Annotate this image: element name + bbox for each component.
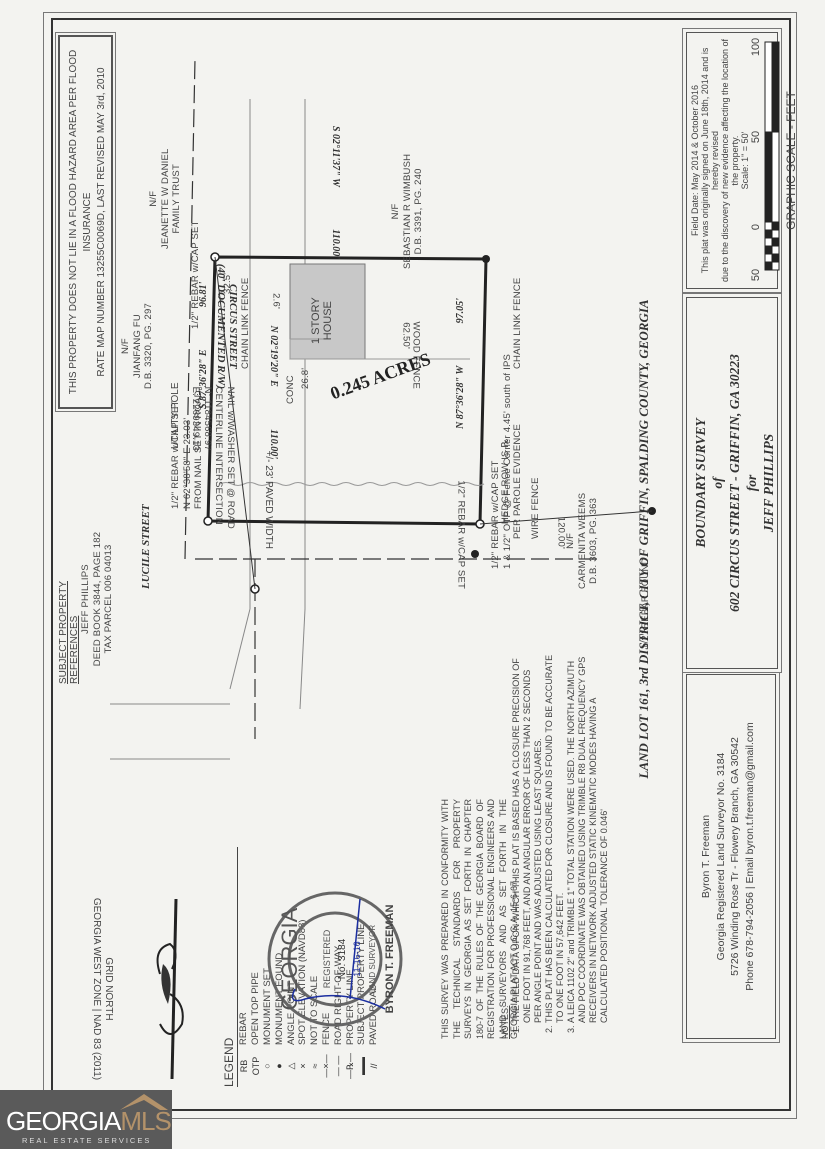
seal-name: BYRON T. FREEMAN <box>384 905 396 1014</box>
notes-list: THE FIELD DATA UPON WHICH THIS PLAT IS B… <box>511 649 610 1039</box>
land-lot-line: LAND LOT 161, 3rd DISTRICT, CITY OF GRIF… <box>636 229 652 849</box>
bearing-east-distance: 110.00' <box>330 229 341 259</box>
neighbor-weems-name: CARMENITA WEEMS <box>577 493 589 589</box>
label-rebar-sw: 1/2" REBAR w/CAP SET <box>455 480 467 589</box>
surveyor-seal: GEORGIA REGISTERED No. 3184 11-16-16 LAN… <box>265 889 405 1029</box>
bearing-east-value: S 02°11'37" W <box>330 126 341 187</box>
scale-ratio: Scale: 1" = 50' <box>740 33 750 288</box>
neighbor-daniel-name2: FAMILY TRUST <box>171 148 183 249</box>
title-block: BOUNDARY SURVEY of 602 CIRCUS STREET - G… <box>686 297 778 669</box>
neighbor-daniel-name: JEANETTE W DANIEL <box>160 148 172 249</box>
note-item: THE FIELD DATA UPON WHICH THIS PLAT IS B… <box>511 649 544 1023</box>
title-line2: of <box>709 298 726 668</box>
dim-32-5: 32.5' <box>222 273 234 294</box>
scale-tick: 0 <box>750 224 762 230</box>
label-lucile-street: LUCILE STREET <box>140 504 152 589</box>
mls-tagline: REAL ESTATE SERVICES <box>22 1136 151 1145</box>
title-line3: 602 CIRCUS STREET - GRIFFIN, GA 30223 <box>726 298 743 668</box>
title-line1: BOUNDARY SURVEY <box>692 298 709 668</box>
title-line5: JEFF PHILLIPS <box>760 298 777 668</box>
surveyor-name: Byron T. Freeman <box>699 675 714 1038</box>
neighbor-wimbush-db: D.B. 3391, PG. 240 <box>413 154 425 269</box>
scale-tick: 100 <box>750 38 762 56</box>
nail-line2: CENTERLINE INTERSECTION <box>213 387 225 529</box>
rebar-nw-line1: 1/2" REBAR w/CAP SET <box>170 390 182 509</box>
scale-tick: 50 <box>750 131 762 143</box>
surveyor-address: 5726 Winding Rose Tr - Flowery Branch, G… <box>728 675 743 1038</box>
dim-62-50: 62.50' <box>400 322 412 349</box>
neighbor-fu-nf: N/F <box>120 303 132 389</box>
title-line4: for <box>743 298 760 668</box>
georgia-mls-watermark: GEORGIAMLS REAL ESTATE SERVICES <box>0 1090 172 1149</box>
dim-26-8: 26.8' <box>300 368 312 389</box>
bearing-west-value: N 02°19'20" E <box>268 326 279 387</box>
surveyor-info-box: Byron T. Freeman Georgia Registered Land… <box>686 674 776 1039</box>
seal-land-surveyor: LAND SURVEYOR <box>368 925 377 994</box>
bearing-east: S 02°11'37" W 110.00' <box>330 126 341 259</box>
graphic-scale-bar <box>764 41 780 281</box>
surveyor-title: Georgia Registered Land Surveyor No. 318… <box>714 675 729 1038</box>
mls-brand: GEORGIAMLS <box>6 1106 171 1137</box>
bearing-south-value: N 87°36'28" W <box>455 366 466 429</box>
bearing-west: N 02°19'20" E 110.00' <box>268 326 279 459</box>
mls-brand-georgia: GEORGIA <box>6 1106 120 1136</box>
mls-brand-mls: MLS <box>120 1106 170 1136</box>
bearing-west-distance: 110.00' <box>268 429 279 459</box>
surveyor-contact: Phone 678-794-2056 | Email byron.t.freem… <box>743 675 758 1038</box>
neighbor-weems-nf: N/F <box>565 493 577 589</box>
note-item: THIS PLAT HAS BEEN CALCULATED FOR CLOSUR… <box>544 649 566 1023</box>
neighbor-weems: N/F CARMENITA WEEMS D.B. 3603, PG. 363 <box>565 493 600 589</box>
seal-registered: REGISTERED <box>322 929 332 988</box>
scale-block: Field Date: May 2014 & October 2016 This… <box>686 32 778 289</box>
rebar-nw-line2: N 62°38'58" E 23.03' <box>182 390 194 509</box>
neighbor-fu-db: D.B. 3320, PG. 297 <box>143 303 155 389</box>
notes-title: NOTES: <box>500 649 511 1039</box>
scale-ticks: 50050100 <box>750 33 764 288</box>
seal-georgia: GEORGIA <box>277 907 302 1010</box>
label-chain-fence-2: CHAIN LINK FENCE <box>512 278 524 369</box>
neighbor-daniel: N/F JEANETTE W DANIEL FAMILY TRUST <box>148 148 183 249</box>
label-hedge-row: HEDGE ROW IS ℞ PER PAROLE EVIDENCE <box>500 424 523 539</box>
house-label: 1 STORY HOUSE <box>310 297 334 344</box>
scale-caption: GRAPHIC SCALE - FEET <box>784 33 798 288</box>
neighbor-wimbush-name: SEBASTIAN R WIMBUSH <box>402 154 414 269</box>
bearing-north-value: S 87°36'28" E <box>198 349 209 409</box>
label-chain-fence-1: CHAIN LINK FENCE <box>240 278 252 369</box>
dim-2-6: 2.6' <box>270 293 282 309</box>
neighbor-wimbush-nf: N/F <box>390 154 402 269</box>
label-paved-width: +/- 23' PAVED WIDTH <box>263 450 274 549</box>
neighbor-fu: N/F JIANFANG FU D.B. 3320, PG. 297 <box>120 303 155 389</box>
bearing-north: S 87°36'28" E 96.81' <box>198 282 209 409</box>
label-wire-fence: WIRE FENCE <box>530 477 542 539</box>
scale-tick: 50 <box>750 269 762 281</box>
neighbor-weems-db: D.B. 3603, PG. 363 <box>588 493 600 589</box>
house-line1: 1 STORY <box>310 297 322 344</box>
house-line2: HOUSE <box>322 297 334 344</box>
nail-line1: NAIL w/WASHER SET @ ROAD <box>225 387 237 529</box>
neighbor-daniel-nf: N/F <box>148 148 160 249</box>
seal-number: No. 3184 <box>337 938 348 979</box>
survey-sheet: THIS PROPERTY DOES NOT LIE IN A FLOOD HA… <box>0 0 825 1149</box>
revision-line1: This plat was originally signed on June … <box>700 33 720 288</box>
note-item: A LEICA 1102 2" and TRIMBLE 1" TOTAL STA… <box>566 649 610 1023</box>
notes: NOTES: THE FIELD DATA UPON WHICH THIS PL… <box>500 649 610 1039</box>
revision-line2: due to the discovery of new evidence aff… <box>720 33 740 288</box>
conc-label: CONC <box>285 375 297 404</box>
bearing-south: N 87°36'28" W 97.05' <box>455 298 466 429</box>
hedge-line2: PER PAROLE EVIDENCE <box>512 424 524 539</box>
hedge-line1: HEDGE ROW IS ℞ <box>500 424 512 539</box>
neighbor-fu-name: JIANFANG FU <box>132 303 144 389</box>
bearing-south-distance: 97.05' <box>455 298 466 323</box>
neighbor-wimbush: N/F SEBASTIAN R WIMBUSH D.B. 3391, PG. 2… <box>390 154 425 269</box>
bearing-north-distance: 96.81' <box>198 282 209 307</box>
field-date: Field Date: May 2014 & October 2016 <box>690 33 700 288</box>
